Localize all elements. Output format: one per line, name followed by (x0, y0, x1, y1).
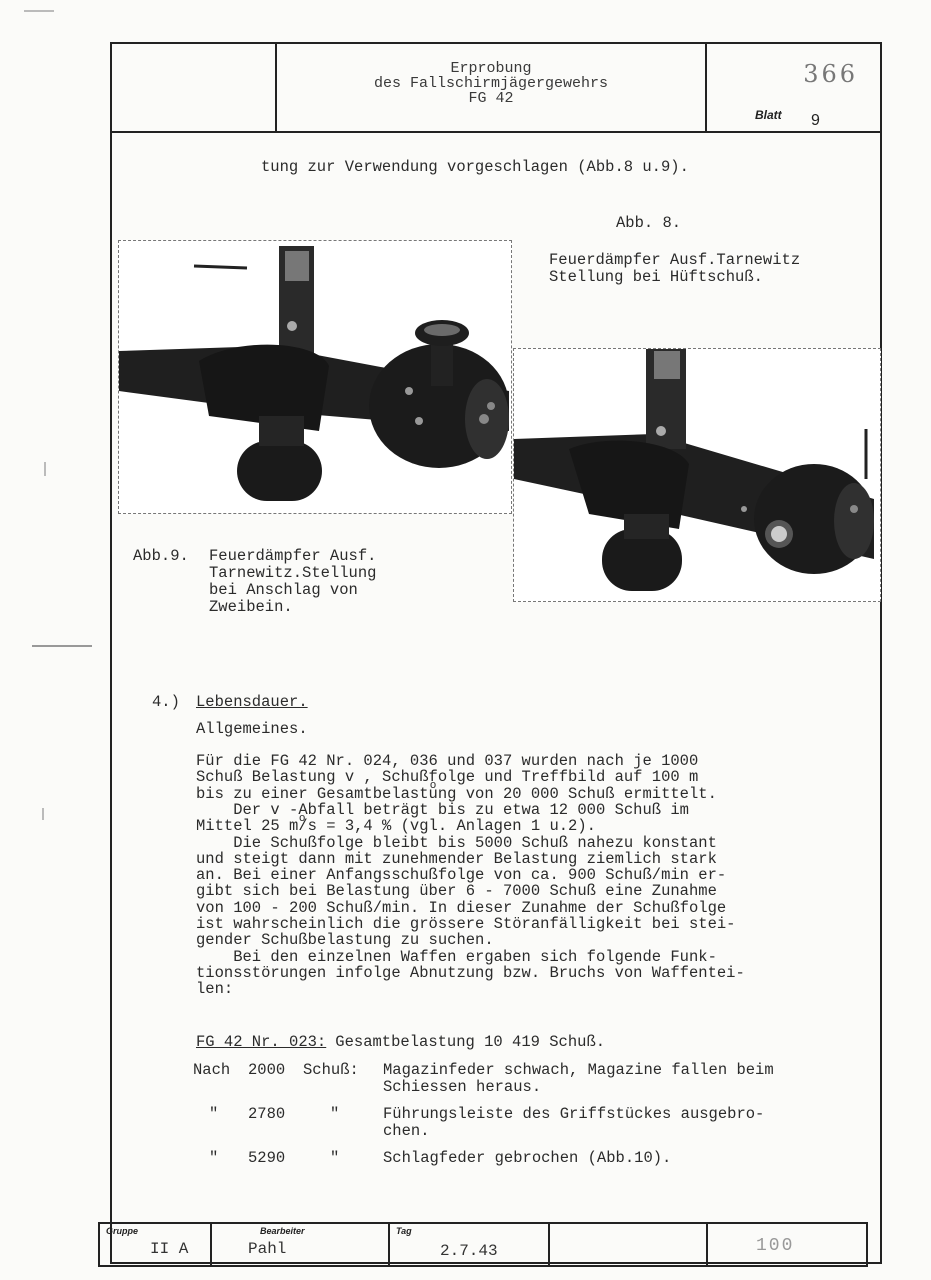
figure9-caption-line: bei Anschlag von (209, 582, 358, 599)
paragraph-line: Der v -Abfall beträgt bis zu etwa 12 000… (196, 802, 689, 819)
figure8-label: Abb. 8. (616, 215, 681, 232)
figure8-photo (513, 348, 881, 602)
paragraph-line: Die Schußfolge bleibt bis 5000 Schuß nah… (196, 835, 717, 852)
document-header: Erprobung des Fallschirmjägergewehrs FG … (112, 44, 880, 133)
day-label: Tag (396, 1226, 412, 1236)
failure-unit: " (330, 1150, 339, 1167)
failure-description: Schlagfeder gebrochen (Abb.10). (383, 1150, 671, 1167)
paragraph-line: und steigt dann mit zunehmender Belastun… (196, 851, 717, 868)
rifle-muzzle-illustration (514, 349, 880, 601)
document-footer: Gruppe II A Bearbeiter Pahl Tag 2.7.43 1… (98, 1222, 868, 1267)
paragraph-line: Für die FG 42 Nr. 024, 036 und 037 wurde… (196, 753, 698, 770)
failure-rounds: 5290 (248, 1150, 285, 1167)
paragraph-line: von 100 - 200 Schuß/min. In dieser Zunah… (196, 900, 726, 917)
figure9-label: Abb.9. (133, 548, 189, 565)
weapon-total-load: Gesamtbelastung 10 419 Schuß. (326, 1034, 605, 1051)
sheet-label: Blatt (755, 108, 782, 122)
title-line: Erprobung (277, 61, 705, 76)
paragraph-line: gender Schußbelastung zu suchen. (196, 932, 494, 949)
scan-mark (44, 462, 46, 476)
group-label: Gruppe (106, 1226, 138, 1236)
footer-editor-cell: Bearbeiter Pahl (212, 1224, 390, 1265)
failure-unit: Schuß: (303, 1062, 359, 1079)
paragraph-line: gibt sich bei Belastung über 6 - 7000 Sc… (196, 883, 717, 900)
paragraph-line: bis zu einer Gesamtbelastung von 20 000 … (196, 786, 717, 803)
editor-value: Pahl (248, 1240, 286, 1258)
paragraph-line: Mittel 25 m/s = 3,4 % (vgl. Anlagen 1 u.… (196, 818, 596, 835)
sheet-cell: 366 Blatt 9 (707, 44, 880, 131)
failure-description: Magazinfeder schwach, Magazine fallen be… (383, 1062, 774, 1079)
failure-prefix: " (209, 1106, 218, 1123)
section-subtitle: Allgemeines. (196, 721, 308, 738)
paragraph-line: Schuß Belastung v , Schußfolge und Treff… (196, 769, 698, 786)
document-title: Erprobung des Fallschirmjägergewehrs FG … (277, 44, 707, 131)
footer-group-cell: Gruppe II A (100, 1224, 212, 1265)
failure-unit: " (330, 1106, 339, 1123)
stamp-value: 100 (756, 1236, 794, 1256)
figure8-caption-line: Feuerdämpfer Ausf.Tarnewitz (549, 252, 800, 269)
figure9-caption-line: Zweibein. (209, 599, 293, 616)
footer-stamp-cell: 100 (708, 1224, 866, 1265)
scan-mark (24, 10, 54, 12)
title-line: des Fallschirmjägergewehrs (277, 76, 705, 91)
failure-prefix: " (209, 1150, 218, 1167)
failure-prefix: Nach (193, 1062, 230, 1079)
scan-mark (42, 808, 44, 820)
group-value: II A (150, 1240, 188, 1258)
paragraph-line: an. Bei einer Anfangsschußfolge von ca. … (196, 867, 726, 884)
paragraph-line: Bei den einzelnen Waffen ergaben sich fo… (196, 949, 717, 966)
paragraph-line: tionsstörungen infolge Abnutzung bzw. Br… (196, 965, 745, 982)
failure-description: chen. (383, 1123, 430, 1140)
title-line: FG 42 (277, 91, 705, 106)
figure9-caption-line: Feuerdämpfer Ausf. (209, 548, 376, 565)
editor-label: Bearbeiter (260, 1226, 305, 1236)
figure8-caption-line: Stellung bei Hüftschuß. (549, 269, 763, 286)
subscript: o (299, 811, 306, 828)
paragraph-line: len: (196, 981, 233, 998)
figure9-photo (118, 240, 512, 514)
failure-description: Schiessen heraus. (383, 1079, 541, 1096)
section-title: Lebensdauer. (196, 694, 308, 711)
scan-mark (32, 645, 92, 647)
rifle-muzzle-illustration (119, 241, 511, 513)
figure9-caption-line: Tarnewitz.Stellung (209, 565, 376, 582)
paragraph-line: ist wahrscheinlich die grössere Störanfä… (196, 916, 736, 933)
failure-description: Führungsleiste des Griffstückes ausgebro… (383, 1106, 764, 1123)
subscript: o (430, 778, 437, 795)
day-value: 2.7.43 (440, 1242, 498, 1260)
header-blank-cell (112, 44, 277, 131)
archive-number: 366 (803, 60, 858, 88)
section-number: 4.) (152, 694, 180, 711)
intro-line: tung zur Verwendung vorgeschlagen (Abb.8… (261, 159, 689, 176)
failure-rounds: 2780 (248, 1106, 285, 1123)
footer-day-cell: Tag 2.7.43 (390, 1224, 550, 1265)
failure-rounds: 2000 (248, 1062, 285, 1079)
footer-blank-cell (550, 1224, 708, 1265)
weapon-title: FG 42 Nr. 023: (196, 1034, 326, 1051)
sheet-number: 9 (811, 112, 820, 130)
